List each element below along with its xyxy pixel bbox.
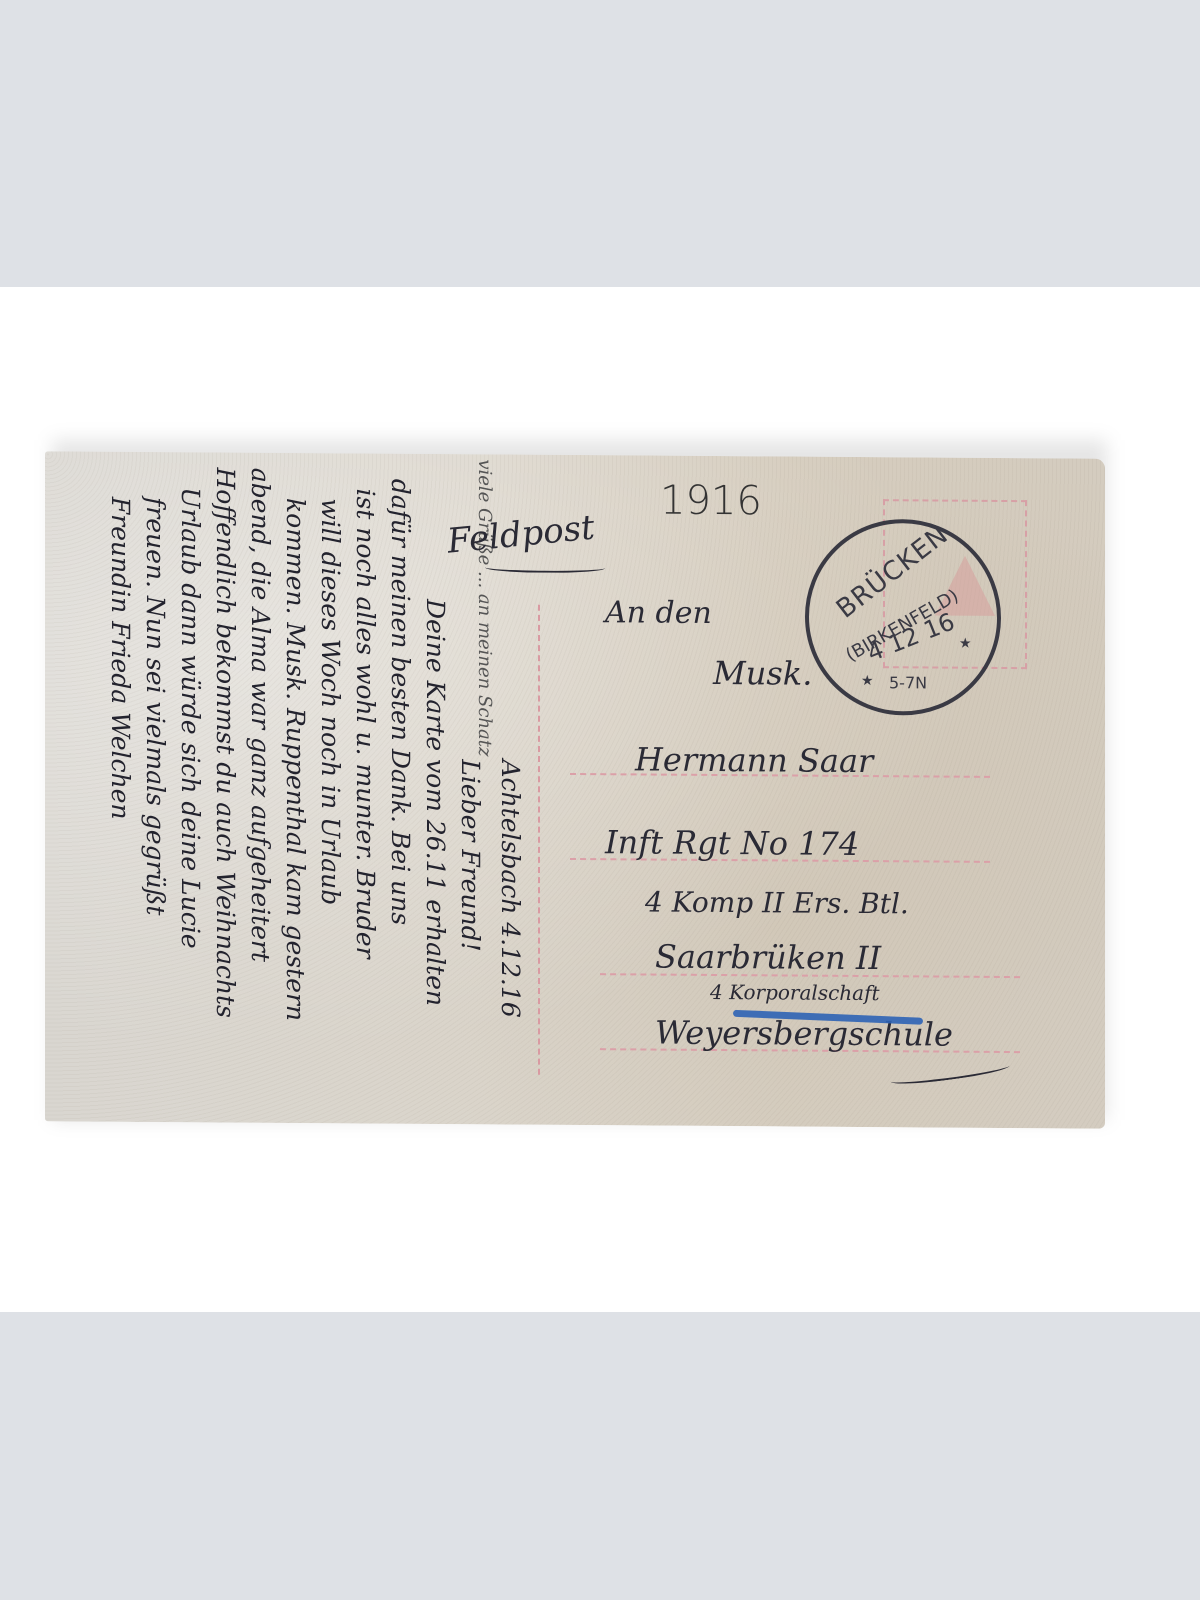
- letter-line: Lieber Freund!: [456, 759, 485, 952]
- letter-line: Hoffendlich bekommst du auch Weihnachts: [211, 467, 240, 1018]
- postmark-time: 5-7N: [889, 673, 927, 692]
- postmark-star-icon: ★: [861, 673, 874, 689]
- bottom-gray-band: [0, 1312, 1200, 1600]
- recipient-corporal-section: 4 Korporalschaft: [710, 980, 880, 1005]
- letter-line: Urlaub dann würde sich deine Lucie: [176, 487, 205, 948]
- top-gray-band: [0, 0, 1200, 287]
- letter-line: Freundin Frieda Welchen: [106, 497, 135, 820]
- letter-line: ist noch alles wohl u. munter. Bruder: [351, 488, 380, 958]
- letter-line: Deine Karte vom 26.11 erhalten: [421, 599, 450, 1006]
- card-divider-line: [538, 605, 540, 1075]
- postmark-star-icon: ★: [959, 636, 972, 652]
- letter-line: dafür meinen besten Dank. Bei uns: [386, 479, 415, 926]
- letter-line: kommen. Musk. Ruppenthal kam gestern: [281, 498, 310, 1021]
- address-salutation: An den: [605, 595, 712, 631]
- margin-note: viele Grüße ... an meinen Schatz: [474, 459, 495, 756]
- postcard: Achtelsbach 4.12.16 Lieber Freund! Deine…: [45, 451, 1105, 1128]
- recipient-regiment: Inft Rgt No 174: [605, 823, 859, 863]
- letter-line: will dieses Woch noch in Urlaub: [316, 498, 345, 905]
- letter-line: abend, die Alma war ganz aufgeheitert: [246, 468, 275, 962]
- letter-line: freuen. Nun sei vielmals gegrüßt: [141, 497, 170, 916]
- letter-place-date: Achtelsbach 4.12.16: [496, 759, 525, 1017]
- recipient-company: 4 Komp II Ers. Btl.: [645, 885, 909, 920]
- year-note: 1916: [660, 478, 762, 525]
- recipient-name: Hermann Saar: [635, 740, 873, 780]
- signature-flourish: [890, 1060, 1011, 1088]
- recipient-rank: Musk.: [713, 654, 812, 693]
- recipient-city: Saarbrüken II: [655, 938, 881, 978]
- postmark-cancel: BRÜCKEN (BIRKENFELD) 4 12 16 5-7N ★ ★: [805, 519, 1001, 716]
